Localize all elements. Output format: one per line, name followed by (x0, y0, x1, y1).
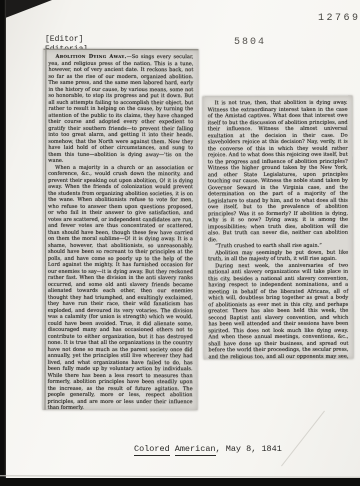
article-paragraph-text: —So sings every secular, yea, and religi… (48, 54, 193, 164)
archive-number-stamp: 12769 (318, 13, 360, 24)
scanned-archive-page: [Editor]Editorial 12769 5804 Abolition D… (0, 0, 360, 486)
newspaper-clipping-left: Abolition Dying Away.—So sings every sec… (43, 49, 199, 410)
article-paragraph: Abolition may seemingly be put down, but… (208, 249, 348, 262)
citation-source-word1: Colored (134, 444, 170, 456)
citation-source-word2: American (175, 444, 216, 456)
article-paragraph: During next week, the anniversaries of t… (208, 262, 348, 359)
citation-line: ColoredAmerican, May 8, 1841 (134, 444, 282, 454)
article-paragraph: Abolition Dying Away.—So sings every sec… (48, 54, 193, 165)
paper-crease (281, 411, 325, 467)
article-paragraph: It is not true, then, that abolition is … (208, 100, 348, 243)
article-paragraph: When a majority in a church or an associ… (48, 164, 194, 410)
scan-shadow-top-left (0, 0, 52, 20)
newspaper-column-rule (45, 50, 47, 410)
scan-edge-bottom (0, 478, 360, 486)
scan-edge-left (0, 0, 6, 486)
citation-date: , May 8, 1841 (216, 444, 282, 454)
item-number-stamp: 5804 (234, 37, 266, 48)
editor-label: [Editor] (45, 35, 83, 44)
article-headline: Abolition Dying Away. (55, 54, 126, 60)
newspaper-clipping-right: It is not true, then, that abolition is … (203, 96, 354, 360)
